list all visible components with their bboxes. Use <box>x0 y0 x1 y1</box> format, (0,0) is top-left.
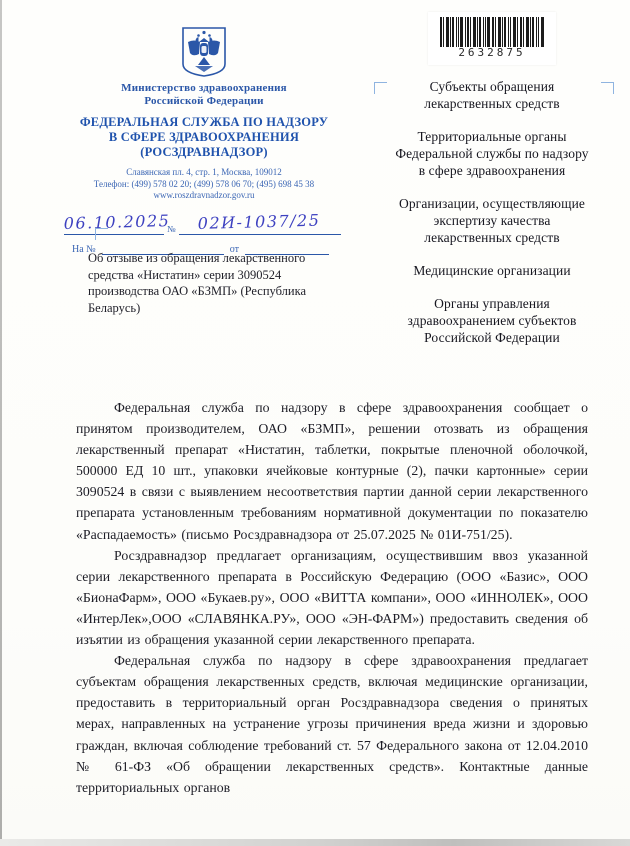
handwritten-doc-number: 02И-1037/25 <box>198 210 321 232</box>
website-text: www.roszdravnadzor.gov.ru <box>58 190 350 202</box>
recipient-item: Субъекты обращения лекарственных средств <box>368 78 616 112</box>
date-field: 06.10.2025 <box>64 214 164 235</box>
recipient-item: Организации, осуществляющие экспертизу к… <box>368 195 616 246</box>
body-paragraph: Федеральная служба по надзору в сфере зд… <box>76 650 588 798</box>
recipients-list: Субъекты обращения лекарственных средств… <box>368 78 616 362</box>
ministry-name: Министерство здравоохранения Российской … <box>58 82 350 108</box>
body-paragraph: Росздравнадзор предлагает организациям, … <box>76 545 588 650</box>
scan-edge-left <box>0 0 2 846</box>
barcode-image <box>440 17 544 47</box>
doc-number-field: 02И-1037/25 <box>179 214 341 235</box>
letter-body: Федеральная служба по надзору в сфере зд… <box>76 397 588 798</box>
barcode-label: 2632875 <box>428 12 556 65</box>
document-page: Министерство здравоохранения Российской … <box>0 0 630 846</box>
corner-mark-icon <box>95 228 108 240</box>
body-paragraph: Федеральная служба по надзору в сфере зд… <box>76 397 588 545</box>
recipient-item: Медицинские организации <box>368 262 616 279</box>
subject-text: Об отзыве из обращения лекарственного ср… <box>88 250 340 316</box>
scan-edge-bottom <box>0 839 630 846</box>
barcode-number: 2632875 <box>428 46 556 59</box>
phone-line: Телефон: (499) 578 02 20; (499) 578 06 7… <box>58 179 350 191</box>
handwritten-date: 06.10.2025 <box>63 211 170 233</box>
service-name: ФЕДЕРАЛЬНАЯ СЛУЖБА ПО НАДЗОРУ В СФЕРЕ ЗД… <box>58 115 350 160</box>
address-line: Славянская пл. 4, стр. 1, Москва, 109012 <box>58 167 350 179</box>
recipient-item: Органы управления здравоохранением субъе… <box>368 295 616 346</box>
russia-coat-of-arms-icon <box>181 26 227 78</box>
contact-block: Славянская пл. 4, стр. 1, Москва, 109012… <box>58 167 350 202</box>
recipient-item: Территориальные органы Федеральной служб… <box>368 128 616 179</box>
letterhead: Министерство здравоохранения Российской … <box>58 26 350 255</box>
